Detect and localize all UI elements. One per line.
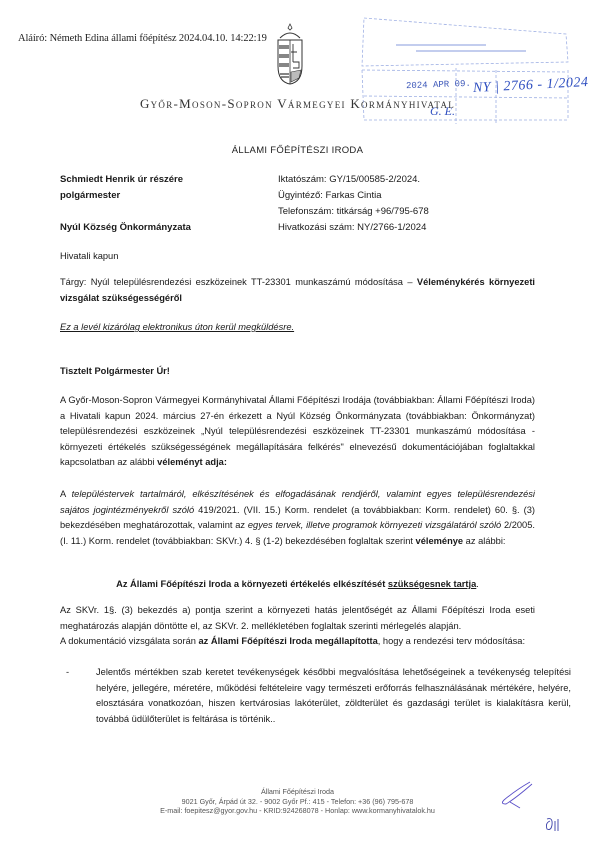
delivery-channel: Hivatali kapun [60,249,535,265]
paragraph-findings: A dokumentáció vizsgálata során az Állam… [60,634,535,650]
legal-text-a: A [60,489,72,499]
reference-number: Hivatkozási szám: NY/2766-1/2024 [278,220,429,236]
legal-text-bold: véleménye [416,536,464,546]
case-officer: Ügyintéző: Farkas Cintia [278,188,429,204]
handwritten-signature [496,780,536,810]
decision-underlined: szükségesnek tartja [388,579,476,589]
paragraph-legal-basis: A településtervek tartalmáról, elkészíté… [60,487,535,549]
filing-number: Iktatószám: GY/15/00585-2/2024. [278,172,429,188]
recipient-title: polgármester [60,188,191,204]
decision-statement: Az Állami Főépítészi Iroda a környezeti … [60,577,535,593]
paragraph-intro: A Győr-Moson-Sopron Vármegyei Kormányhiv… [60,393,535,471]
paragraph-intro-bold: véleményt adja: [157,457,227,467]
subject-line: Tárgy: Nyúl településrendezési eszközein… [60,275,535,306]
decision-text: Az Állami Főépítészi Iroda a környezeti … [116,579,388,589]
bullet-text: Jelentős mértékben szab keretet tevékeny… [96,667,571,724]
paragraph-intro-text: A Győr-Moson-Sopron Vármegyei Kormányhiv… [60,395,535,467]
recipient-suffix: úr részére [135,174,183,185]
finding-bullet: - Jelentős mértékben szab keretet tevéke… [60,665,571,727]
findings-text-b: , hogy a rendezési terv módosítása: [378,636,525,646]
agency-name: Győr-Moson-Sopron Vármegyei Kormányhivat… [0,96,595,112]
reference-block: Iktatószám: GY/15/00585-2/2024. Ügyintéz… [278,172,429,236]
office-name: ÁLLAMI FŐÉPÍTÉSZI IRODA [0,145,595,156]
electronic-delivery-note: Ez a levél kizárólag elektronikus úton k… [60,320,535,336]
paragraph-assessment: Az SKVr. 1§. (3) bekezdés a) pontja szer… [60,603,535,634]
decision-period: . [476,579,479,589]
recipient-name-line: Schmiedt Henrik úr részére [60,172,191,188]
legal-text-d: az alábbi: [463,536,505,546]
recipient-block: Schmiedt Henrik úr részére polgármester … [60,172,191,236]
recipient-name: Schmiedt Henrik [60,174,135,185]
recipient-org: Nyúl Község Önkormányzata [60,220,191,236]
findings-bold: az Állami Főépítészi Iroda megállapított… [199,636,378,646]
findings-text-a: A dokumentáció vizsgálata során [60,636,199,646]
bullet-dash: - [66,665,69,681]
coat-of-arms-icon [275,22,305,86]
legal-title-2: egyes tervek, illetve programok környeze… [248,520,501,530]
subject-prefix: Tárgy: Nyúl településrendezési eszközein… [60,277,417,287]
page-initials [543,815,565,835]
phone-number: Telefonszám: titkárság +96/795-678 [278,204,429,220]
digital-signature-line: Aláíró: Németh Edina állami főépítész 20… [18,33,267,44]
salutation: Tisztelt Polgármester Úr! [60,364,535,380]
